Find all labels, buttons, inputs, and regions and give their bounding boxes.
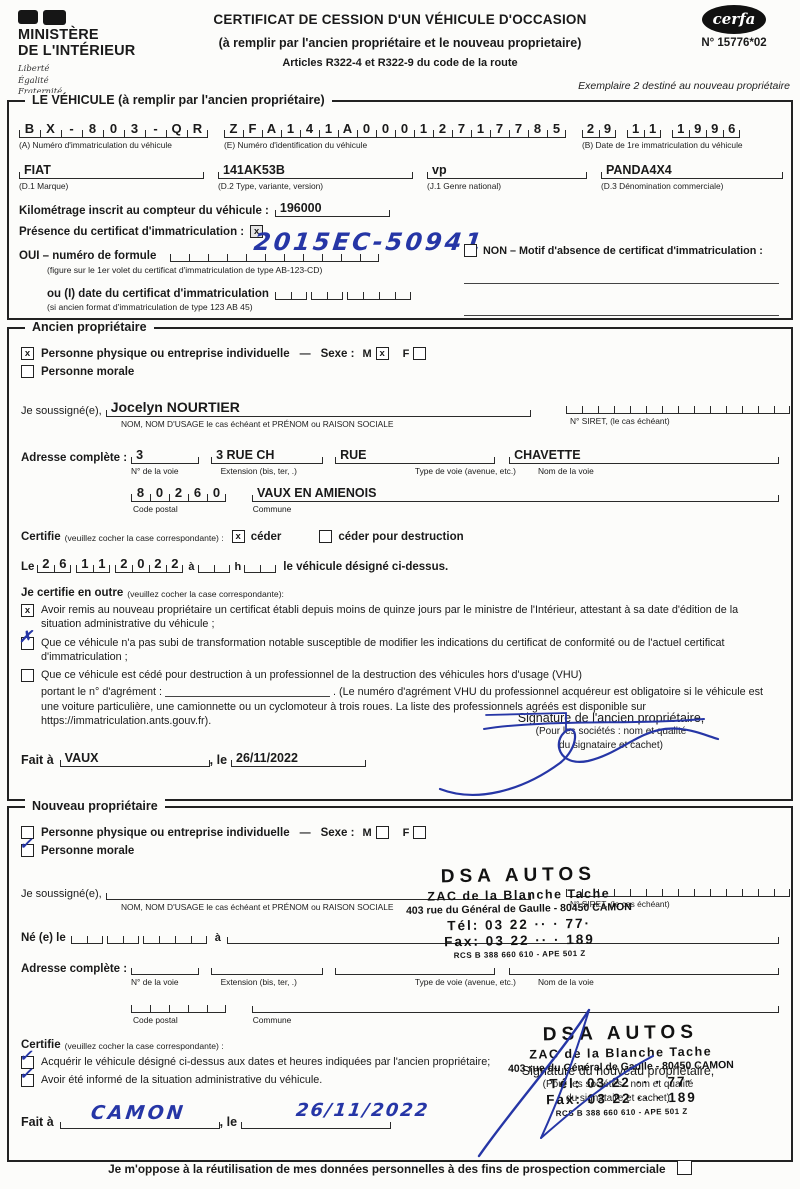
nouveau-m-label: M xyxy=(362,827,371,839)
formule-handwritten: 2015EC-50941 xyxy=(252,228,486,256)
vin-group: ZFA141A00012717785 (E) Numéro d'identifi… xyxy=(224,120,566,150)
ancien-pm-label: Personne morale xyxy=(41,366,134,378)
nouveau-siret-label: N° SIRET, (le cas échéant) xyxy=(570,899,790,909)
ancien-fait-date-field[interactable]: 26/11/2022 xyxy=(231,750,366,767)
nouveau-fait-a-handwritten: CAMON xyxy=(90,1102,187,1124)
vin-label: (E) Numéro d'identification du véhicule xyxy=(224,140,566,150)
code-postal-label: Code postal xyxy=(133,504,178,514)
section-ancien-title: Ancien propriétaire xyxy=(25,320,154,334)
nouveau-sexe-f-checkbox[interactable] xyxy=(413,826,426,839)
optout-text: Je m'oppose à la réutilisation de mes do… xyxy=(108,1162,665,1176)
nouveau-signature-note2: du signataire et cachet) xyxy=(463,1093,773,1106)
first-reg-year[interactable]: 1996 xyxy=(672,120,740,138)
ne-le-label: Né (e) le xyxy=(21,932,66,944)
nom-voie-label: Nom de la voie xyxy=(538,466,594,476)
make-label: (D.1 Marque) xyxy=(19,181,204,191)
nouveau-le2-label: , le xyxy=(220,1115,237,1129)
cerfa-logo-icon: cerfa xyxy=(702,5,766,34)
cession-year[interactable]: 2022 xyxy=(115,555,183,573)
ancien-siret-field[interactable] xyxy=(566,396,790,414)
attest1-text: Avoir remis au nouveau propriétaire un c… xyxy=(41,603,781,632)
cession-day[interactable]: 26 xyxy=(37,555,71,573)
type-group: 141AK53B (D.2 Type, variante, version) xyxy=(218,162,413,191)
type-label: (D.2 Type, variante, version) xyxy=(218,181,413,191)
copy-note: Exemplaire 2 destiné au nouveau propriét… xyxy=(578,80,790,92)
cession-a-label: à xyxy=(188,561,194,573)
first-reg-label: (B) Date de 1re immatriculation du véhic… xyxy=(582,140,743,150)
cerfa-number: N° 15776*02 xyxy=(684,37,784,49)
attest1-checkbox[interactable]: x xyxy=(21,604,34,617)
non-checkbox[interactable] xyxy=(464,244,477,257)
attest3-checkbox[interactable] xyxy=(21,669,34,682)
nouveau-voie-no-field[interactable] xyxy=(131,958,199,975)
nouveau-fait-date-handwritten: 26/11/2022 xyxy=(295,1100,431,1121)
extension-label: Extension (bis, ter, .) xyxy=(221,466,297,476)
date-cert-year[interactable] xyxy=(347,282,411,300)
section-nouveau: Nouveau propriétaire Personne physique o… xyxy=(7,806,793,1162)
ne-day[interactable] xyxy=(71,926,103,944)
attest2-text: Que ce véhicule n'a pas subi de transfor… xyxy=(41,636,781,665)
nom-voie-label: Nom de la voie xyxy=(538,977,594,987)
ancien-type-voie-field[interactable]: RUE xyxy=(335,447,495,464)
ancien-adresse-label: Adresse complète : xyxy=(21,452,127,464)
ancien-sexe-m-checkbox[interactable]: x xyxy=(376,347,389,360)
ancien-soussigne-label: Je soussigné(e), xyxy=(21,405,102,417)
nouveau-signature-label: Signature du nouveau propriétaire, xyxy=(463,1064,773,1078)
nouveau-sexe-m-checkbox[interactable] xyxy=(376,826,389,839)
ne-year[interactable] xyxy=(143,926,207,944)
plate-label: (A) Numéro d'immatriculation du véhicule xyxy=(19,140,208,150)
genre-label: (J.1 Genre national) xyxy=(427,181,587,191)
nouveau-nom-voie-field[interactable] xyxy=(509,958,779,975)
outre-label: Je certifie en outre xyxy=(21,587,123,599)
cession-month[interactable]: 11 xyxy=(76,555,110,573)
nouveau-attest1-text: Acquérir le véhicule désigné ci-dessus a… xyxy=(41,1055,490,1069)
non-motif-line2[interactable] xyxy=(464,301,779,316)
ceder-checkbox[interactable]: x xyxy=(232,530,245,543)
genre-group: vp (J.1 Genre national) xyxy=(427,162,587,191)
presence-label: Présence du certificat d'immatriculation… xyxy=(19,226,244,238)
ancien-certifie-label: Certifie xyxy=(21,531,61,543)
genre-field[interactable]: vp xyxy=(427,162,587,179)
denomination-field[interactable]: PANDA4X4 xyxy=(601,162,783,179)
ancien-m-label: M xyxy=(362,348,371,360)
nouveau-signature-note1: (Pour les sociétés : nom et qualité xyxy=(463,1079,773,1092)
ancien-pp-checkbox[interactable]: x xyxy=(21,347,34,360)
section-vehicule: LE VÉHICULE (à remplir par l'ancien prop… xyxy=(7,100,793,320)
nouveau-fait-a-label: Fait à xyxy=(21,1115,54,1129)
denomination-group: PANDA4X4 (D.3 Dénomination commerciale) xyxy=(601,162,783,191)
optout-checkbox[interactable] xyxy=(677,1160,692,1175)
commune-label: Commune xyxy=(253,504,292,514)
cession-designe: le véhicule désigné ci-dessus. xyxy=(283,561,448,573)
attest3-text-a: Que ce véhicule est cédé pour destructio… xyxy=(41,669,582,681)
mileage-field[interactable]: 196000 xyxy=(275,200,390,217)
section-nouveau-title: Nouveau propriétaire xyxy=(25,799,165,813)
ancien-sexe-f-checkbox[interactable] xyxy=(413,347,426,360)
agrement-field[interactable] xyxy=(165,682,330,697)
attest3-text-b: portant le n° d'agrément : xyxy=(41,686,162,698)
nouveau-siret-field[interactable] xyxy=(566,879,790,897)
cession-minute[interactable] xyxy=(244,555,276,573)
non-label: NON – Motif d'absence de certificat d'im… xyxy=(483,245,763,257)
dash: — xyxy=(300,827,311,839)
ancien-commune-field[interactable]: VAUX EN AMIENOIS xyxy=(252,485,779,502)
form-title-block: CERTIFICAT DE CESSION D'UN VÉHICULE D'OC… xyxy=(160,12,640,69)
ancien-signature-label: Signature de l'ancien propriétaire, xyxy=(461,711,761,725)
plate-group: BX-803-QR (A) Numéro d'immatriculation d… xyxy=(19,120,208,150)
type-voie-label: Type de voie (avenue, etc.) xyxy=(415,466,516,476)
form-articles: Articles R322-4 et R322-9 du code de la … xyxy=(160,57,640,69)
ancien-name-field[interactable]: Jocelyn NOURTIER xyxy=(106,400,531,417)
commune-label: Commune xyxy=(253,1015,292,1025)
non-motif-line1[interactable] xyxy=(464,269,779,284)
first-reg-day[interactable]: 29 xyxy=(582,120,616,138)
make-group: FIAT (D.1 Marque) xyxy=(19,162,204,191)
ceder-destruction-label: céder pour destruction xyxy=(338,531,463,543)
ceder-label: céder xyxy=(251,531,282,543)
nouveau-pm-checkbox[interactable]: ✓ xyxy=(21,844,34,857)
nouveau-attest2-checkbox[interactable]: ✓ xyxy=(21,1074,34,1087)
cession-le-label: Le xyxy=(21,561,34,573)
nouveau-adresse-label: Adresse complète : xyxy=(21,963,127,975)
code-postal-label: Code postal xyxy=(133,1015,178,1025)
ancien-signature-block: Signature de l'ancien propriétaire, (Pou… xyxy=(461,711,761,752)
voie-no-label: N° de la voie xyxy=(131,977,179,987)
ancien-voie-no-field[interactable]: 3 xyxy=(131,447,199,464)
ancien-code-postal-field[interactable]: 80260 xyxy=(131,484,226,502)
ancien-pp-label: Personne physique ou entreprise individu… xyxy=(41,348,290,360)
nouveau-signature-block: Signature du nouveau propriétaire, (Pour… xyxy=(463,1064,773,1105)
date-cert-label: ou (I) date du certificat d'immatriculat… xyxy=(47,288,269,300)
voie-no-label: N° de la voie xyxy=(131,466,179,476)
cession-hour[interactable] xyxy=(198,555,230,573)
ne-lieu-field[interactable] xyxy=(227,927,779,944)
nouveau-sexe-label: Sexe : xyxy=(321,827,355,839)
ancien-extension-field[interactable]: 3 RUE CH xyxy=(211,447,323,464)
nouveau-pm-label: Personne morale xyxy=(41,845,134,857)
cession-h-label: h xyxy=(235,561,242,573)
date-cert-day[interactable] xyxy=(275,282,307,300)
nouveau-commune-field[interactable] xyxy=(252,996,779,1013)
nouveau-pp-label: Personne physique ou entreprise individu… xyxy=(41,827,290,839)
ancien-signature-note2: du signataire et cachet) xyxy=(461,740,761,753)
optout-row: Je m'oppose à la réutilisation de mes do… xyxy=(0,1160,800,1176)
buyer-stamp-1: DSA AUTOS ZAC de la Blanche Tache 403 ru… xyxy=(338,861,700,964)
ancien-pm-checkbox[interactable] xyxy=(21,365,34,378)
extension-label: Extension (bis, ter, .) xyxy=(221,977,297,987)
nouveau-certifie-note: (veuillez cocher la case correspondante)… xyxy=(65,1041,224,1051)
ancien-siret-label: N° SIRET, (le cas échéant) xyxy=(570,416,790,426)
form-title: CERTIFICAT DE CESSION D'UN VÉHICULE D'OC… xyxy=(160,12,640,27)
ne-month[interactable] xyxy=(107,926,139,944)
ancien-le2-label: , le xyxy=(210,753,227,767)
motto-egalite: Égalité xyxy=(18,76,188,87)
first-reg-group: 29 11 1996 (B) Date de 1re immatriculati… xyxy=(582,120,743,150)
date-cert-month[interactable] xyxy=(311,282,343,300)
ancien-sexe-label: Sexe : xyxy=(321,348,355,360)
nouveau-type-voie-field[interactable] xyxy=(335,958,495,975)
nouveau-attest2-text: Avoir été informé de la situation admini… xyxy=(41,1073,322,1087)
plate-field[interactable]: BX-803-QR xyxy=(19,120,208,138)
ancien-certifie-note: (veuillez cocher la case correspondante)… xyxy=(65,533,224,543)
section-ancien: Ancien propriétaire x Personne physique … xyxy=(7,327,793,801)
ancien-fait-a-field[interactable]: VAUX xyxy=(60,750,210,767)
cerfa-badge: cerfa N° 15776*02 xyxy=(684,5,784,49)
make-field[interactable]: FIAT xyxy=(19,162,204,179)
first-reg-month[interactable]: 11 xyxy=(627,120,661,138)
vin-field[interactable]: ZFA141A00012717785 xyxy=(224,120,566,138)
outre-note: (veuillez cocher la case correspondante)… xyxy=(127,589,284,599)
ceder-destruction-checkbox[interactable] xyxy=(319,530,332,543)
ancien-f-label: F xyxy=(403,348,410,360)
section-vehicule-title: LE VÉHICULE (à remplir par l'ancien prop… xyxy=(25,93,332,107)
nouveau-name-field[interactable] xyxy=(106,883,531,900)
mileage-label: Kilométrage inscrit au compteur du véhic… xyxy=(19,205,269,217)
ne-a-label: à xyxy=(215,932,221,944)
attest2-checkbox[interactable]: ✗ xyxy=(21,637,34,650)
form-subtitle: (à remplir par l'ancien propriétaire et … xyxy=(160,36,640,50)
ancien-nom-voie-field[interactable]: CHAVETTE xyxy=(509,447,779,464)
denomination-label: (D.3 Dénomination commerciale) xyxy=(601,181,783,191)
dash: — xyxy=(300,348,311,360)
nouveau-f-label: F xyxy=(403,827,410,839)
oui-formule-label: OUI – numéro de formule xyxy=(19,250,156,262)
nouveau-extension-field[interactable] xyxy=(211,958,323,975)
type-field[interactable]: 141AK53B xyxy=(218,162,413,179)
type-voie-label: Type de voie (avenue, etc.) xyxy=(415,977,516,987)
nouveau-soussigne-label: Je soussigné(e), xyxy=(21,888,102,900)
ancien-signature-note1: (Pour les sociétés : nom et qualité xyxy=(461,726,761,739)
nouveau-code-postal-field[interactable] xyxy=(131,995,226,1013)
ancien-fait-a-label: Fait à xyxy=(21,753,54,767)
